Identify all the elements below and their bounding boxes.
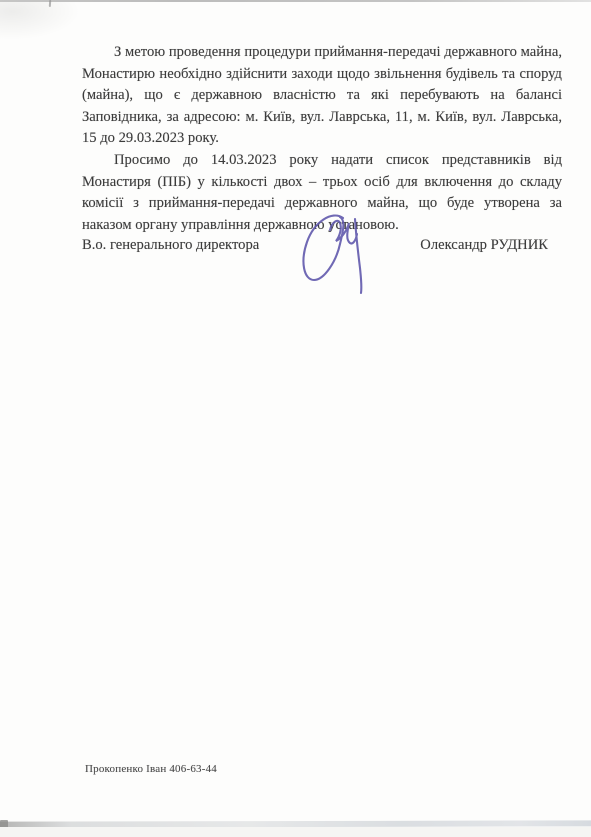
handwritten-signature-icon [292,196,387,311]
signer-title: В.о. генерального директора [82,236,259,254]
scan-corner-smudge [0,2,80,40]
scanned-document-page: З метою проведення процедури приймання-п… [0,0,591,837]
footer-contact: Прокопенко Іван 406-63-44 [85,763,217,775]
scan-top-edge-artifact [0,0,591,2]
signer-name: Олександр РУДНИК [420,236,548,254]
scan-below-page-area [0,827,591,837]
paragraph-1: З метою проведення процедури приймання-п… [82,42,562,150]
